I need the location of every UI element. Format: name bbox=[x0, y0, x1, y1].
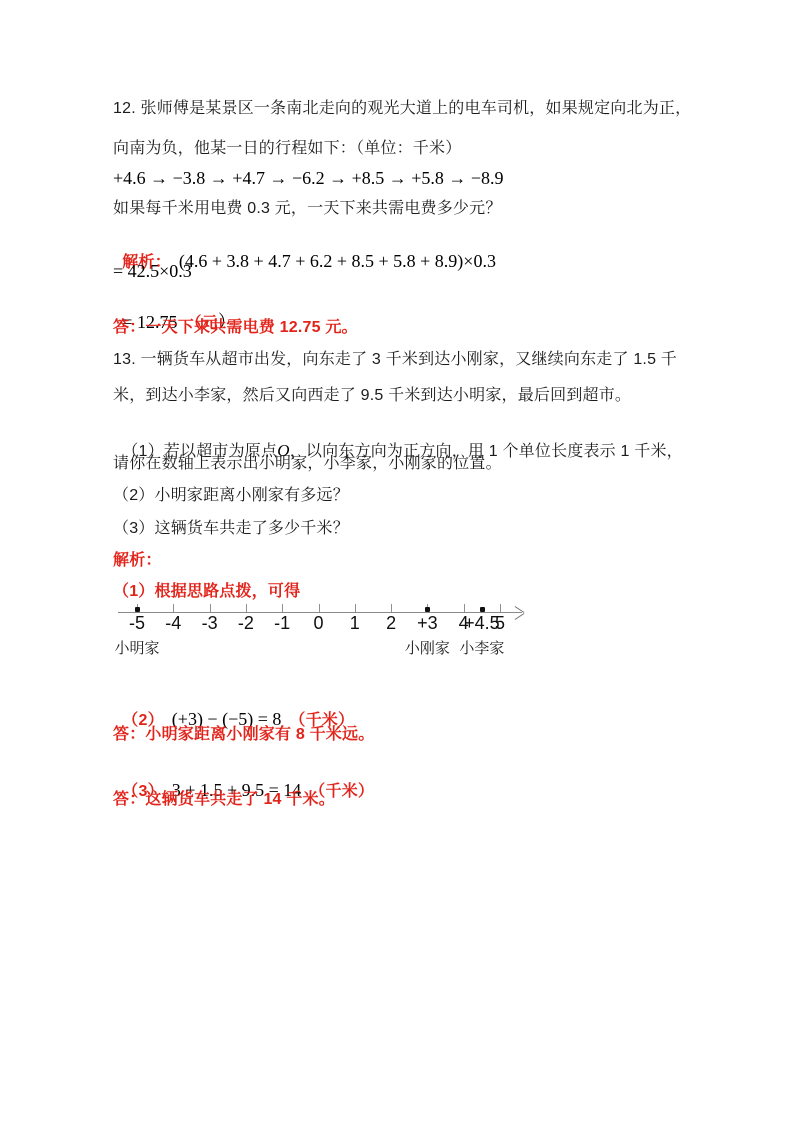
problem13-text-line2: 米，到达小李家，然后又向西走了 9.5 千米到达小明家，最后回到超市。 bbox=[113, 385, 631, 407]
calc-step-2: = 42.5×0.3 bbox=[113, 260, 192, 282]
axis-tick bbox=[500, 604, 501, 612]
problem13-s2-answer: 答：小明家距离小刚家有 8 千米远。 bbox=[113, 724, 374, 746]
axis-tick bbox=[319, 604, 320, 612]
problem12-text-line1: 12. 张师傅是某景区一条南北走向的观光大道上的电车司机，如果规定向北为正， bbox=[113, 98, 691, 120]
problem13-solution-label: 解析： bbox=[113, 550, 162, 572]
problem12-question: 如果每千米用电费 0.3 元，一天下来共需电费多少元？ bbox=[113, 198, 502, 220]
axis-tick bbox=[391, 604, 392, 612]
problem12-route-formula: +4.6 → −3.8 → +4.7 → −6.2 → +8.5 → +5.8 … bbox=[113, 167, 504, 189]
axis-tick bbox=[246, 604, 247, 612]
axis-arrow-icon bbox=[515, 613, 525, 620]
axis-tick bbox=[464, 604, 465, 612]
problem13-q3: （3）这辆货车共走了多少千米？ bbox=[113, 518, 349, 540]
axis-tick-label: 2 bbox=[386, 613, 396, 634]
point-label: 小明家 bbox=[114, 637, 159, 658]
axis-tick bbox=[210, 604, 211, 612]
axis-tick bbox=[282, 604, 283, 612]
number-line-diagram: -5-4-3-2-1012+34+4.55小明家小刚家小李家 bbox=[113, 600, 543, 664]
point-marker bbox=[480, 607, 485, 612]
axis-tick bbox=[173, 604, 174, 612]
problem13-s3-answer: 答：这辆货车共走了 14 千米。 bbox=[113, 789, 335, 811]
axis-tick-label: 1 bbox=[350, 613, 360, 634]
axis-tick-label: +3 bbox=[417, 613, 438, 634]
axis-tick-label: -1 bbox=[274, 613, 290, 634]
problem12-text-line2: 向南为负，他某一日的行程如下：（单位：千米） bbox=[113, 138, 461, 160]
axis-tick-label: -4 bbox=[165, 613, 181, 634]
point-label: 小李家 bbox=[459, 637, 504, 658]
axis-tick-label: -2 bbox=[238, 613, 254, 634]
axis-tick-label: -5 bbox=[129, 613, 145, 634]
axis-tick bbox=[355, 604, 356, 612]
axis-tick-label: 0 bbox=[313, 613, 323, 634]
point-marker bbox=[135, 607, 140, 612]
axis-tick-label: -3 bbox=[202, 613, 218, 634]
point-label: 小刚家 bbox=[405, 637, 450, 658]
problem13-text-line1: 13. 一辆货车从超市出发，向东走了 3 千米到达小刚家，又继续向东走了 1.5… bbox=[113, 349, 677, 371]
point-marker bbox=[425, 607, 430, 612]
axis-tick-label: 5 bbox=[495, 613, 505, 634]
problem12-answer: 答：一天下来共需电费 12.75 元。 bbox=[113, 317, 358, 339]
worksheet-page: { "colors": { "red": "#e2231a", "text": … bbox=[0, 0, 793, 1122]
calc-step-1: (4.6 + 3.8 + 4.7 + 6.2 + 8.5 + 5.8 + 8.9… bbox=[179, 251, 496, 271]
problem13-q2: （2）小明家距离小刚家有多远？ bbox=[113, 485, 349, 507]
problem13-q1-line2: 请你在数轴上表示出小明家，小李家，小刚家的位置。 bbox=[113, 453, 502, 475]
